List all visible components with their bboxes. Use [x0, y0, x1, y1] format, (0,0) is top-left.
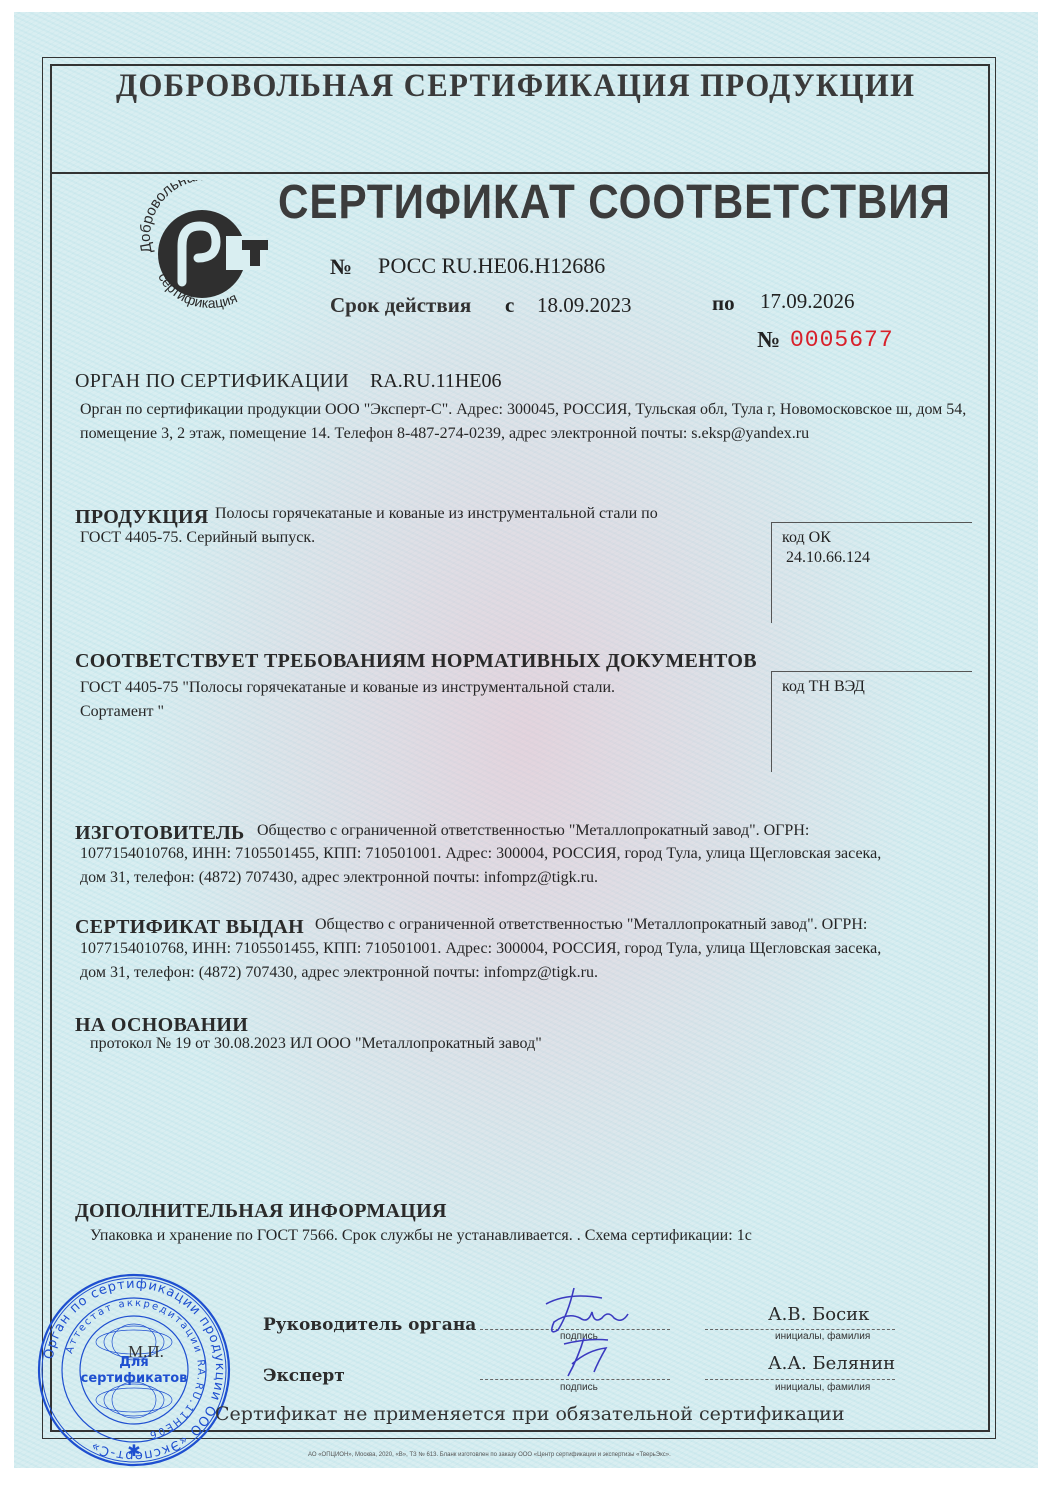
- conformity-heading: СООТВЕТСТВУЕТ ТРЕБОВАНИЯМ НОРМАТИВНЫХ ДО…: [75, 650, 757, 673]
- validity-to-label: по: [712, 291, 735, 316]
- blank-serial-number: 0005677: [790, 327, 894, 353]
- issued-to-line2: 1077154010768, ИНН: 7105501455, КПП: 710…: [80, 937, 881, 961]
- manufacturer-line1: Общество с ограниченной ответственностью…: [257, 819, 809, 843]
- manufacturer-line3: дом 31, телефон: (4872) 707430, адрес эл…: [80, 866, 598, 890]
- head-name-caption: инициалы, фамилия: [775, 1331, 870, 1342]
- organ-details: Орган по сертификации продукции ООО "Экс…: [80, 398, 980, 446]
- validity-to-date: 17.09.2026: [760, 289, 855, 314]
- head-signature-icon: [528, 1284, 638, 1336]
- blank-number-label: №: [757, 327, 780, 353]
- organ-heading: ОРГАН ПО СЕРТИФИКАЦИИ: [75, 370, 349, 393]
- manufacturer-line2: 1077154010768, ИНН: 7105501455, КПП: 710…: [80, 842, 881, 866]
- certificate-number-label: №: [330, 254, 352, 280]
- ok-code-box: код ОК 24.10.66.124: [771, 522, 972, 623]
- tn-ved-code-box: код ТН ВЭД: [771, 671, 972, 772]
- head-of-organ-label: Руководитель органа: [263, 1315, 476, 1335]
- issued-to-line3: дом 31, телефон: (4872) 707430, адрес эл…: [80, 961, 598, 985]
- conformity-standard-line2: Сортамент ": [80, 700, 164, 724]
- conformity-standard-line1: ГОСТ 4405-75 "Полосы горячекатаные и ков…: [80, 676, 615, 700]
- expert-name-line: [705, 1379, 895, 1380]
- product-description-line1: Полосы горячекатаные и кованые из инстру…: [215, 502, 658, 526]
- expert-signature-caption: подпись: [560, 1382, 598, 1393]
- issued-to-heading: СЕРТИФИКАТ ВЫДАН: [75, 916, 304, 939]
- voluntary-note: Сертификат не применяется при обязательн…: [215, 1403, 845, 1425]
- expert-name-caption: инициалы, фамилия: [775, 1382, 870, 1393]
- expert-label: Эксперт: [263, 1366, 345, 1386]
- certificate-title: СЕРТИФИКАТ СООТВЕТСТВИЯ: [278, 175, 951, 230]
- ok-code-value: 24.10.66.124: [786, 549, 870, 567]
- rst-logo-icon: Добровольная сертификация: [130, 180, 280, 310]
- additional-info-text: Упаковка и хранение по ГОСТ 7566. Срок с…: [90, 1224, 752, 1248]
- ok-code-label: код ОК: [782, 529, 831, 547]
- head-name: А.В. Босик: [768, 1304, 869, 1325]
- validity-from-date: 18.09.2023: [537, 293, 632, 318]
- tn-ved-code-label: код ТН ВЭД: [782, 678, 865, 696]
- issued-to-line1: Общество с ограниченной ответственностью…: [315, 913, 867, 937]
- validity-from-label: с: [505, 293, 514, 318]
- organ-accreditation-code: RA.RU.11НЕ06: [370, 370, 501, 393]
- expert-name: А.А. Белянин: [768, 1353, 895, 1374]
- certificate-number: РОСС RU.НЕ06.Н12686: [378, 253, 605, 279]
- stamp-center-text-2: сертификатов: [81, 1371, 188, 1386]
- product-description-line2: ГОСТ 4405-75. Серийный выпуск.: [80, 526, 315, 550]
- header-divider: [50, 172, 990, 174]
- official-stamp-icon: Орган по сертификации продукции ООО «Экс…: [36, 1272, 232, 1468]
- stamp-star-icon: ✱: [127, 1443, 140, 1460]
- head-name-line: [705, 1329, 895, 1330]
- certification-type-title: ДОБРОВОЛЬНАЯ СЕРТИФИКАЦИЯ ПРОДУКЦИИ: [116, 68, 915, 105]
- validity-label: Срок действия: [330, 293, 471, 318]
- seal-place-label: М.П.: [128, 1342, 164, 1362]
- basis-protocol: протокол № 19 от 30.08.2023 ИЛ ООО "Мета…: [90, 1032, 542, 1056]
- printer-imprint: АО «ОПЦИОН», Москва, 2020, «В», ТЗ № 613…: [308, 1452, 671, 1458]
- expert-signature-icon: [548, 1332, 628, 1382]
- additional-info-heading: ДОПОЛНИТЕЛЬНАЯ ИНФОРМАЦИЯ: [75, 1200, 447, 1223]
